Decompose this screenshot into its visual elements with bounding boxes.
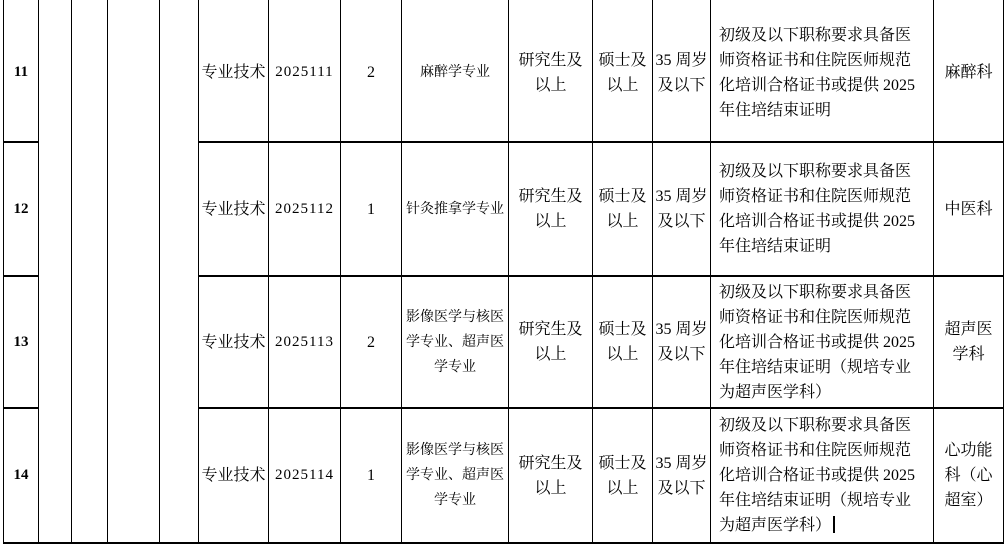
degree-cell[interactable]: 硕士及以上 — [593, 408, 653, 543]
major-cell[interactable]: 麻醉学专业 — [402, 4, 509, 142]
requirements-cell[interactable]: 初级及以下职称要求具备医师资格证书和住院医师规范化培训合格证书或提供 2025 … — [711, 142, 934, 276]
age-cell[interactable]: 35 周岁及以下 — [653, 4, 711, 142]
grid-line-stub — [71, 0, 72, 6]
positions-table: 11 专业技术 2025111 2 麻醉学专业 研究生及以上 硕士及以上 35 … — [3, 4, 1004, 544]
headcount-cell[interactable]: 2 — [341, 4, 402, 142]
department-cell[interactable]: 麻醉科 — [934, 4, 1004, 142]
post-type-cell[interactable]: 专业技术 — [199, 276, 269, 408]
merged-empty-cell[interactable] — [108, 4, 160, 543]
education-cell[interactable]: 研究生及以上 — [509, 408, 593, 543]
education-cell[interactable]: 研究生及以上 — [509, 276, 593, 408]
grid-line-stub — [652, 0, 653, 6]
grid-line-stub — [401, 0, 402, 6]
grid-line-stub — [268, 0, 269, 6]
serial-cell[interactable]: 14 — [4, 408, 39, 543]
age-cell[interactable]: 35 周岁及以下 — [653, 276, 711, 408]
degree-cell[interactable]: 硕士及以上 — [593, 4, 653, 142]
major-cell[interactable]: 影像医学与核医学专业、超声医学专业 — [402, 276, 509, 408]
headcount-cell[interactable]: 1 — [341, 408, 402, 543]
department-cell[interactable]: 心功能科（心超室） — [934, 408, 1004, 543]
serial-cell[interactable]: 11 — [4, 4, 39, 142]
major-cell[interactable]: 影像医学与核医学专业、超声医学专业 — [402, 408, 509, 543]
grid-line-stub — [508, 0, 509, 6]
grid-line-stub — [592, 0, 593, 6]
education-cell[interactable]: 研究生及以上 — [509, 142, 593, 276]
document-page: 11 专业技术 2025111 2 麻醉学专业 研究生及以上 硕士及以上 35 … — [0, 0, 1005, 549]
requirements-text: 初级及以下职称要求具备医师资格证书和住院医师规范化培训合格证书或提供 2025 … — [719, 163, 915, 255]
requirements-cell[interactable]: 初级及以下职称要求具备医师资格证书和住院医师规范化培训合格证书或提供 2025 … — [711, 276, 934, 408]
grid-line-stub — [340, 0, 341, 6]
department-cell[interactable]: 超声医学科 — [934, 276, 1004, 408]
post-code-cell[interactable]: 2025114 — [269, 408, 341, 543]
requirements-text: 初级及以下职称要求具备医师资格证书和住院医师规范化培训合格证书或提供 2025 … — [719, 417, 915, 534]
grid-line-stub — [3, 0, 4, 6]
age-cell[interactable]: 35 周岁及以下 — [653, 408, 711, 543]
requirements-text: 初级及以下职称要求具备医师资格证书和住院医师规范化培训合格证书或提供 2025 … — [719, 27, 915, 119]
merged-empty-cell[interactable] — [72, 4, 108, 543]
table-row: 11 专业技术 2025111 2 麻醉学专业 研究生及以上 硕士及以上 35 … — [4, 4, 1004, 142]
grid-line-stub — [1003, 0, 1004, 6]
post-type-cell[interactable]: 专业技术 — [199, 142, 269, 276]
grid-line-stub — [933, 0, 934, 6]
requirements-text: 初级及以下职称要求具备医师资格证书和住院医师规范化培训合格证书或提供 2025 … — [719, 284, 915, 401]
serial-cell[interactable]: 12 — [4, 142, 39, 276]
post-type-cell[interactable]: 专业技术 — [199, 4, 269, 142]
headcount-cell[interactable]: 2 — [341, 276, 402, 408]
merged-empty-cell[interactable] — [160, 4, 199, 543]
department-cell[interactable]: 中医科 — [934, 142, 1004, 276]
headcount-cell[interactable]: 1 — [341, 142, 402, 276]
grid-line-stub — [107, 0, 108, 6]
requirements-cell[interactable]: 初级及以下职称要求具备医师资格证书和住院医师规范化培训合格证书或提供 2025 … — [711, 408, 934, 543]
major-cell[interactable]: 针灸推拿学专业 — [402, 142, 509, 276]
post-code-cell[interactable]: 2025111 — [269, 4, 341, 142]
post-code-cell[interactable]: 2025112 — [269, 142, 341, 276]
text-cursor — [833, 516, 835, 533]
post-code-cell[interactable]: 2025113 — [269, 276, 341, 408]
degree-cell[interactable]: 硕士及以上 — [593, 142, 653, 276]
merged-empty-cell[interactable] — [39, 4, 72, 543]
grid-line-stub — [159, 0, 160, 6]
grid-line-stub — [198, 0, 199, 6]
requirements-cell[interactable]: 初级及以下职称要求具备医师资格证书和住院医师规范化培训合格证书或提供 2025 … — [711, 4, 934, 142]
serial-cell[interactable]: 13 — [4, 276, 39, 408]
post-type-cell[interactable]: 专业技术 — [199, 408, 269, 543]
degree-cell[interactable]: 硕士及以上 — [593, 276, 653, 408]
education-cell[interactable]: 研究生及以上 — [509, 4, 593, 142]
grid-line-stub — [710, 0, 711, 6]
grid-line-stub — [38, 0, 39, 6]
age-cell[interactable]: 35 周岁及以下 — [653, 142, 711, 276]
